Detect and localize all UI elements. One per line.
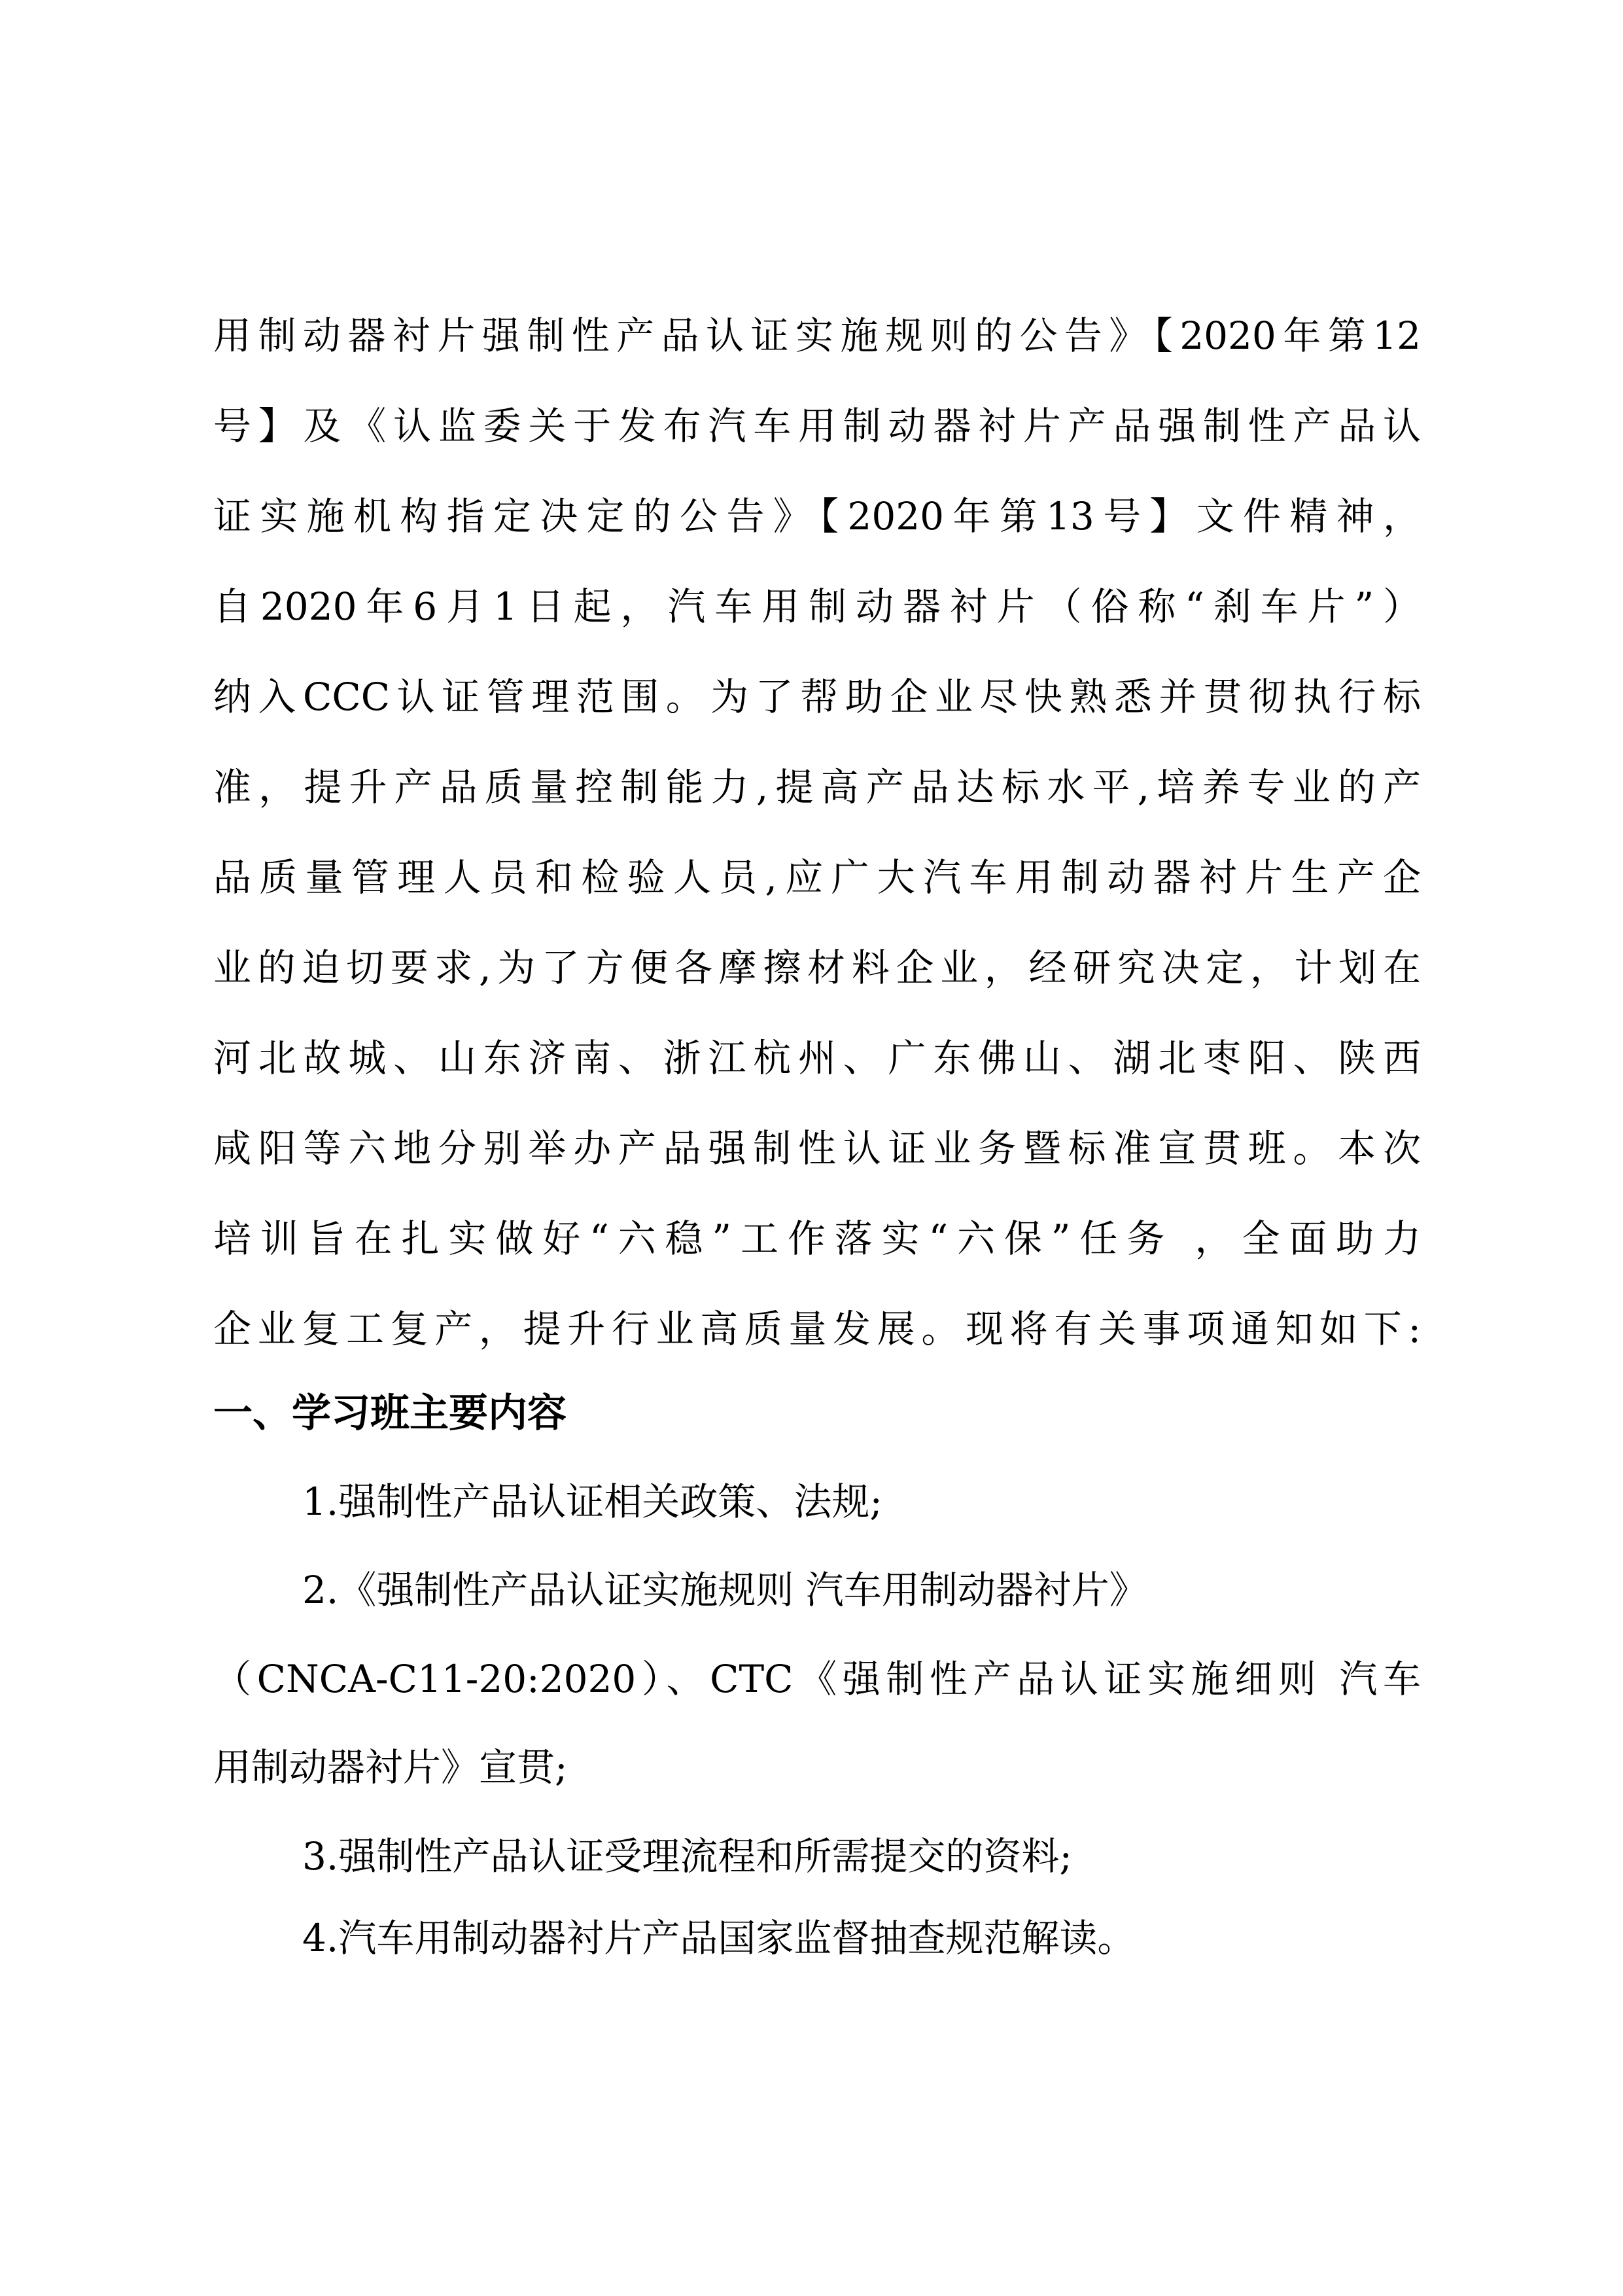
- paragraph-line: 业的迫切要求,为了方便各摩擦材料企业，经研究决定，计划在: [213, 942, 1421, 994]
- section-heading: 一、学习班主要内容: [213, 1387, 1421, 1439]
- paragraph-line: 纳入CCC认证管理范围。为了帮助企业尽快熟悉并贯彻执行标: [213, 671, 1421, 723]
- paragraph-line: 品质量管理人员和检验人员,应广大汽车用制动器衬片生产企: [213, 851, 1421, 904]
- list-item: 1.强制性产品认证相关政策、法规;: [302, 1475, 882, 1528]
- list-item-continuation: 用制动器衬片》宣贯;: [213, 1741, 1421, 1793]
- list-item: 4.汽车用制动器衬片产品国家监督抽查规范解读。: [302, 1912, 1135, 1964]
- paragraph-line: 咸阳等六地分别举办产品强制性认证业务暨标准宣贯班。本次: [213, 1122, 1421, 1174]
- paragraph-line: 培训旨在扎实做好“六稳”工作落实“六保”任务 ，全面助力: [213, 1212, 1421, 1265]
- paragraph-line: 准，提升产品质量控制能力,提高产品达标水平,培养专业的产: [213, 761, 1421, 813]
- paragraph-line: 企业复工复产，提升行业高质量发展。现将有关事项通知如下:: [213, 1303, 1421, 1355]
- paragraph-line: 证实施机构指定决定的公告》【2020年第13号】文件精神，: [213, 490, 1421, 542]
- document-page: 用制动器衬片强制性产品认证实施规则的公告》【2020年第12 号】及《认监委关于…: [0, 0, 1623, 2296]
- list-item: 3.强制性产品认证受理流程和所需提交的资料;: [302, 1830, 1072, 1882]
- list-item-continuation: （CNCA-C11-20:2020）、CTC《强制性产品认证实施细则 汽车: [213, 1653, 1421, 1705]
- list-item: 2.《强制性产品认证实施规则 汽车用制动器衬片》: [302, 1564, 1147, 1616]
- paragraph-line: 自2020年6月1日起，汽车用制动器衬片（俗称“刹车片”）: [213, 580, 1421, 633]
- paragraph-line: 用制动器衬片强制性产品认证实施规则的公告》【2020年第12: [213, 309, 1421, 362]
- paragraph-line: 号】及《认监委关于发布汽车用制动器衬片产品强制性产品认: [213, 400, 1421, 452]
- paragraph-line: 河北故城、山东济南、浙江杭州、广东佛山、湖北枣阳、陕西: [213, 1032, 1421, 1084]
